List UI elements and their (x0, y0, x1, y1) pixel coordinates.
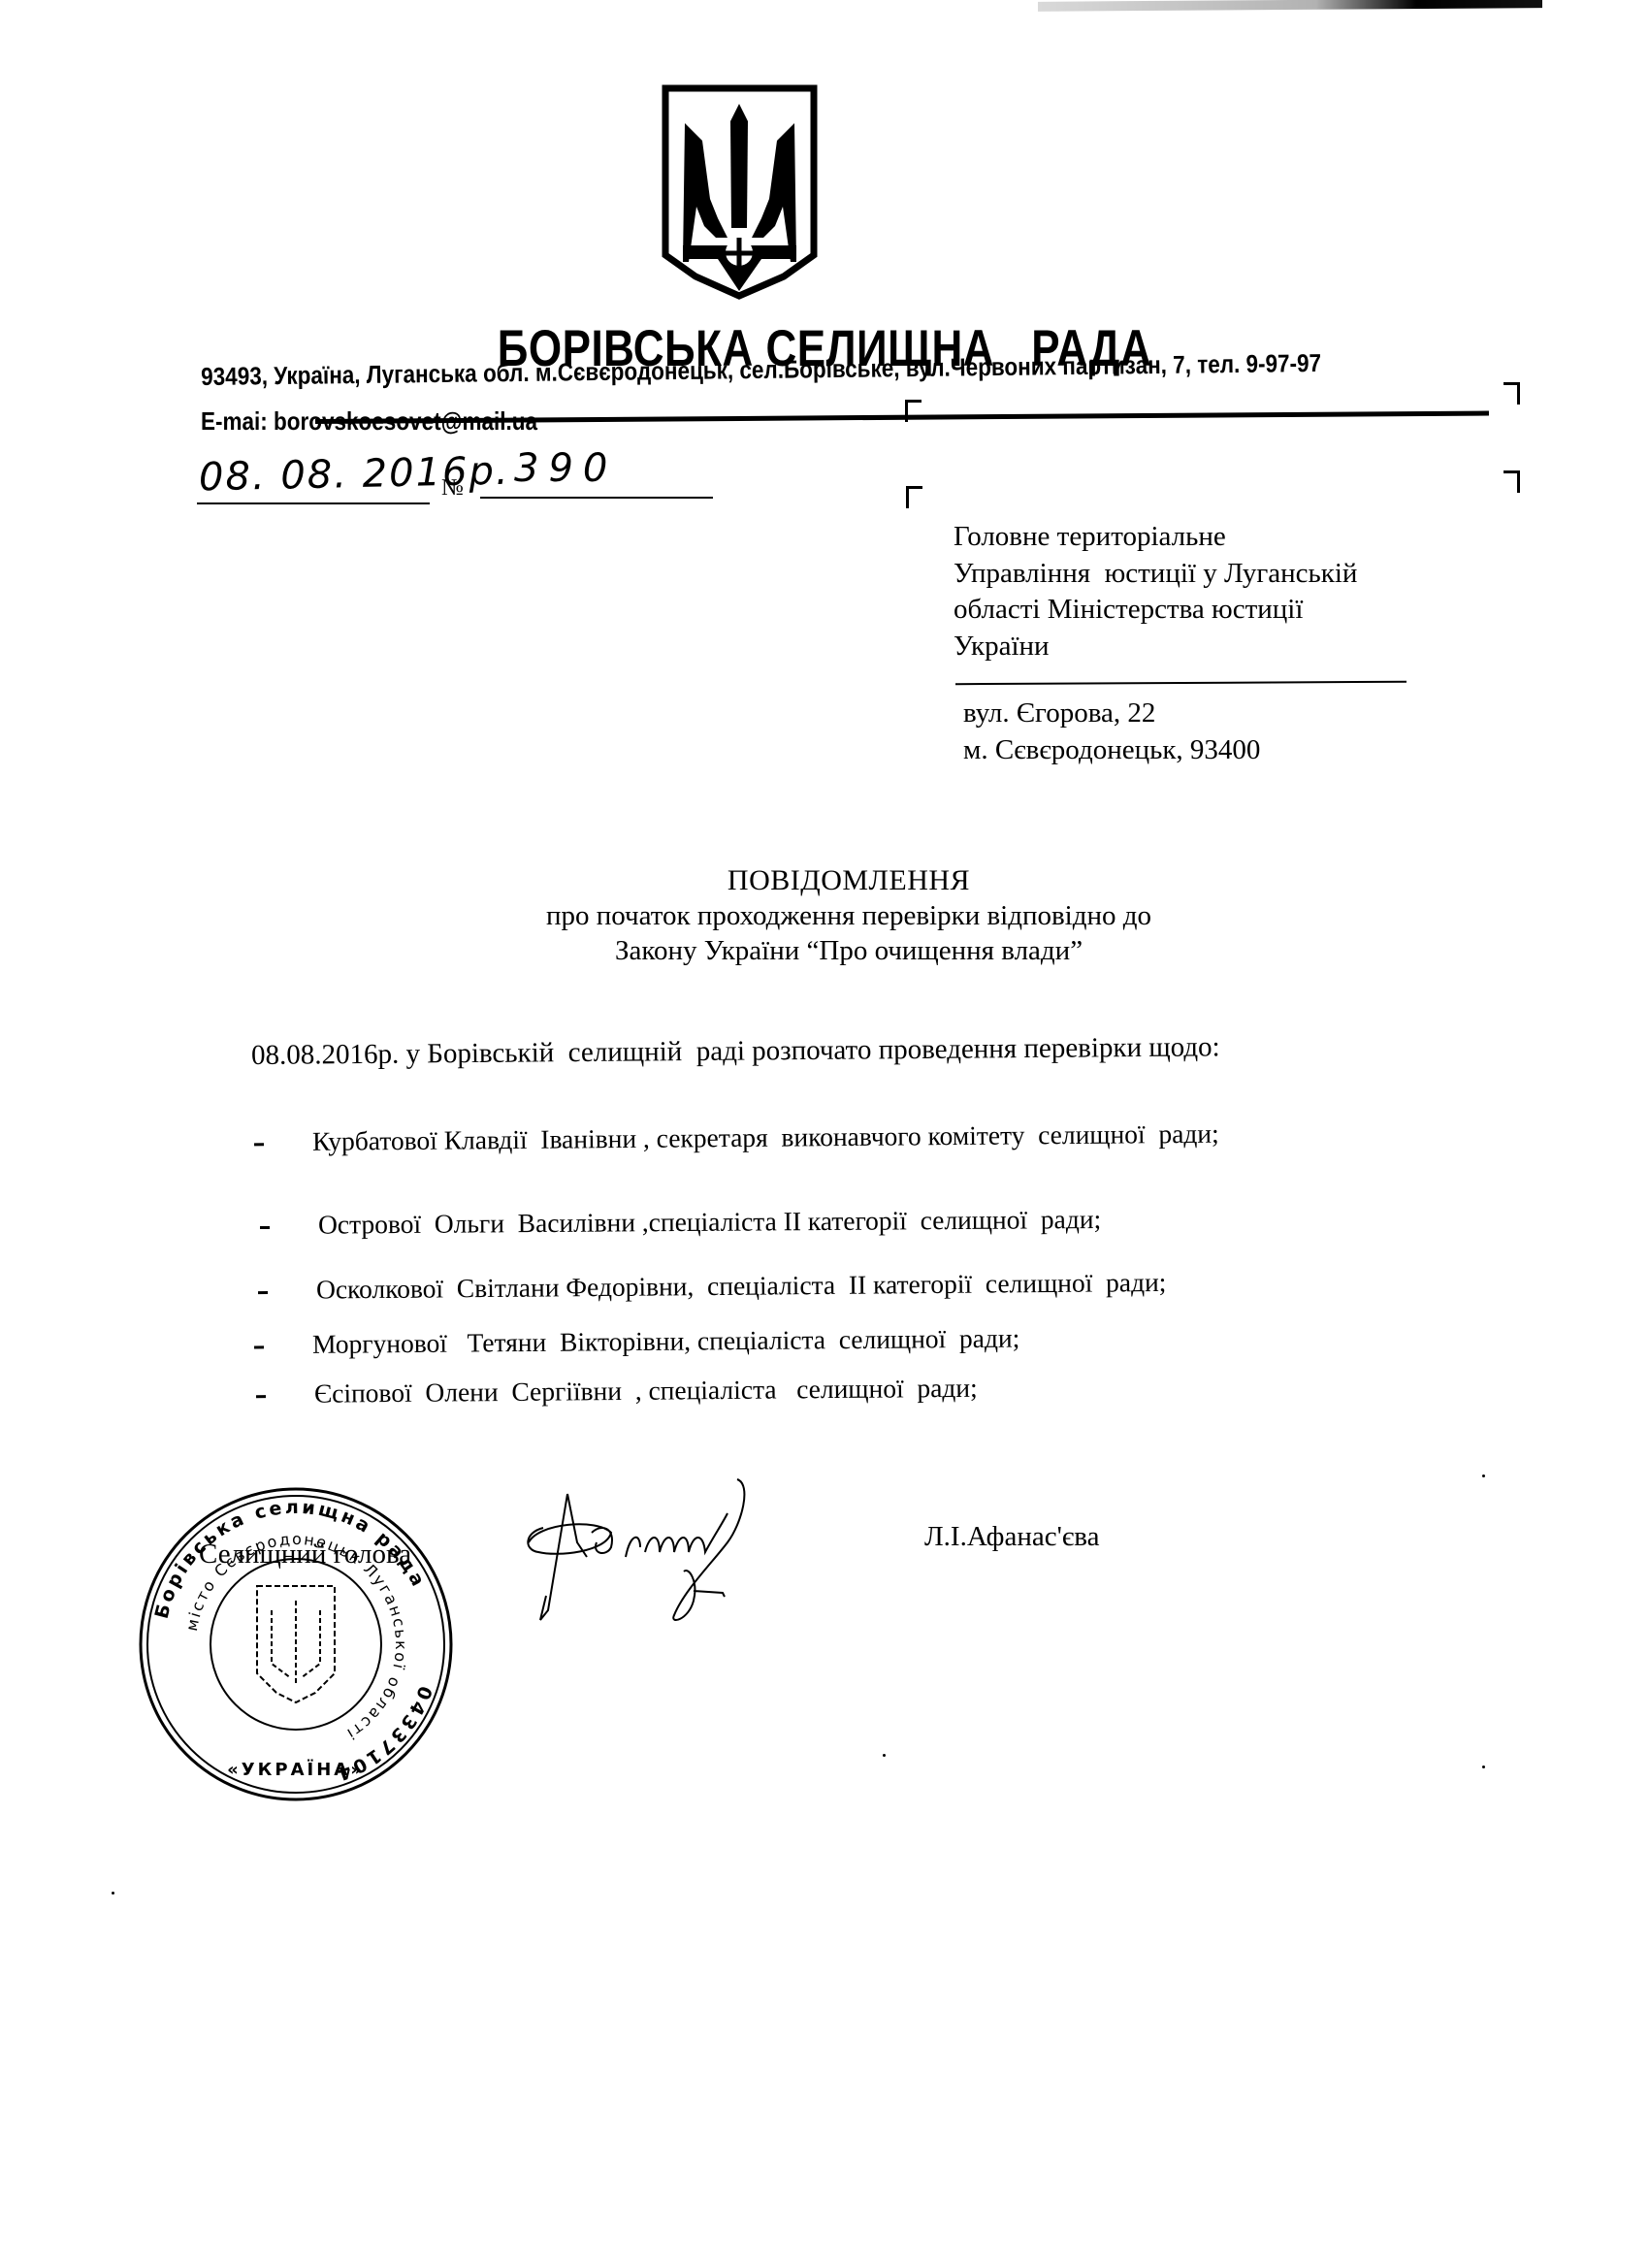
address-field-corner-mark (905, 400, 921, 422)
registration-number: 390 (514, 446, 617, 491)
recipient-line: України (954, 629, 1357, 665)
bullet-dash-icon (258, 1291, 268, 1294)
person-entry: Єсіпової Олени Сергіївни , спеціаліста с… (314, 1373, 978, 1409)
bullet-dash-icon (254, 1346, 264, 1349)
scan-edge-artifact (1038, 0, 1542, 12)
recipient-line: Управління юстиції у Луганській (954, 556, 1357, 593)
handwritten-signature (519, 1465, 849, 1630)
address-field-corner-mark (906, 486, 922, 508)
scan-speck (1482, 1766, 1485, 1768)
scan-speck (1482, 1474, 1485, 1477)
signatory-name: Л.І.Афанас'єва (924, 1521, 1099, 1553)
person-entry: Курбатової Клавдії Іванівни , секретаря … (312, 1118, 1219, 1156)
recipient-line: області Міністерства юстиції (954, 592, 1357, 629)
signatory-title: Селищний голова (199, 1539, 411, 1571)
address-field-corner-mark (1503, 382, 1520, 405)
bullet-dash-icon (260, 1226, 270, 1229)
registration-number-label: № (441, 475, 464, 502)
person-list-item: Острової Ольги Василівни ,спеціаліста ІІ… (260, 1204, 1101, 1241)
notice-subtitle-line: про початок проходження перевірки відпов… (388, 898, 1309, 933)
scan-speck (883, 1754, 886, 1757)
person-list-item: Осколкової Світлани Федорівни, спеціаліс… (258, 1267, 1167, 1306)
person-list-item: Моргунової Тетяни Вікторівни, спеціаліст… (254, 1323, 1020, 1361)
person-list-item: Курбатової Клавдії Іванівни , секретаря … (254, 1118, 1219, 1158)
bullet-dash-icon (254, 1143, 264, 1146)
recipient-divider (955, 681, 1406, 685)
registration-date-underline (197, 502, 430, 504)
official-seal: Борівська селищна рада 04337104 місто Сє… (136, 1484, 456, 1804)
bullet-dash-icon (256, 1395, 266, 1398)
seal-bottom-text: «УКРАЇНА» (227, 1759, 365, 1780)
recipient-address: вул. Єгорова, 22 м. Сєвєродонецьк, 93400 (963, 695, 1260, 768)
recipient-line: Головне територіальне (954, 519, 1357, 556)
address-field-corner-mark (1503, 470, 1520, 493)
person-entry: Моргунової Тетяни Вікторівни, спеціаліст… (312, 1323, 1020, 1359)
recipient-address-line: вул. Єгорова, 22 (963, 695, 1260, 731)
notice-heading: ПОВІДОМЛЕННЯ про початок проходження пер… (388, 863, 1309, 968)
scan-speck (112, 1892, 114, 1895)
person-entry: Осколкової Світлани Федорівни, спеціаліс… (316, 1267, 1167, 1305)
recipient-address-line: м. Сєвєродонецьк, 93400 (963, 731, 1260, 768)
person-list-item: Єсіпової Олени Сергіївни , спеціаліста с… (256, 1373, 978, 1409)
tryzub-coat-of-arms-icon (660, 82, 820, 301)
notice-subtitle-line: Закону України “Про очищення влади” (388, 933, 1309, 968)
person-entry: Острової Ольги Василівни ,спеціаліста ІІ… (318, 1204, 1101, 1240)
recipient-block: Головне територіальне Управління юстиції… (954, 519, 1357, 664)
registration-number-underline (480, 497, 713, 499)
notice-title: ПОВІДОМЛЕННЯ (388, 863, 1309, 898)
notice-intro: 08.08.2016р. у Борівській селищній раді … (251, 1031, 1220, 1072)
